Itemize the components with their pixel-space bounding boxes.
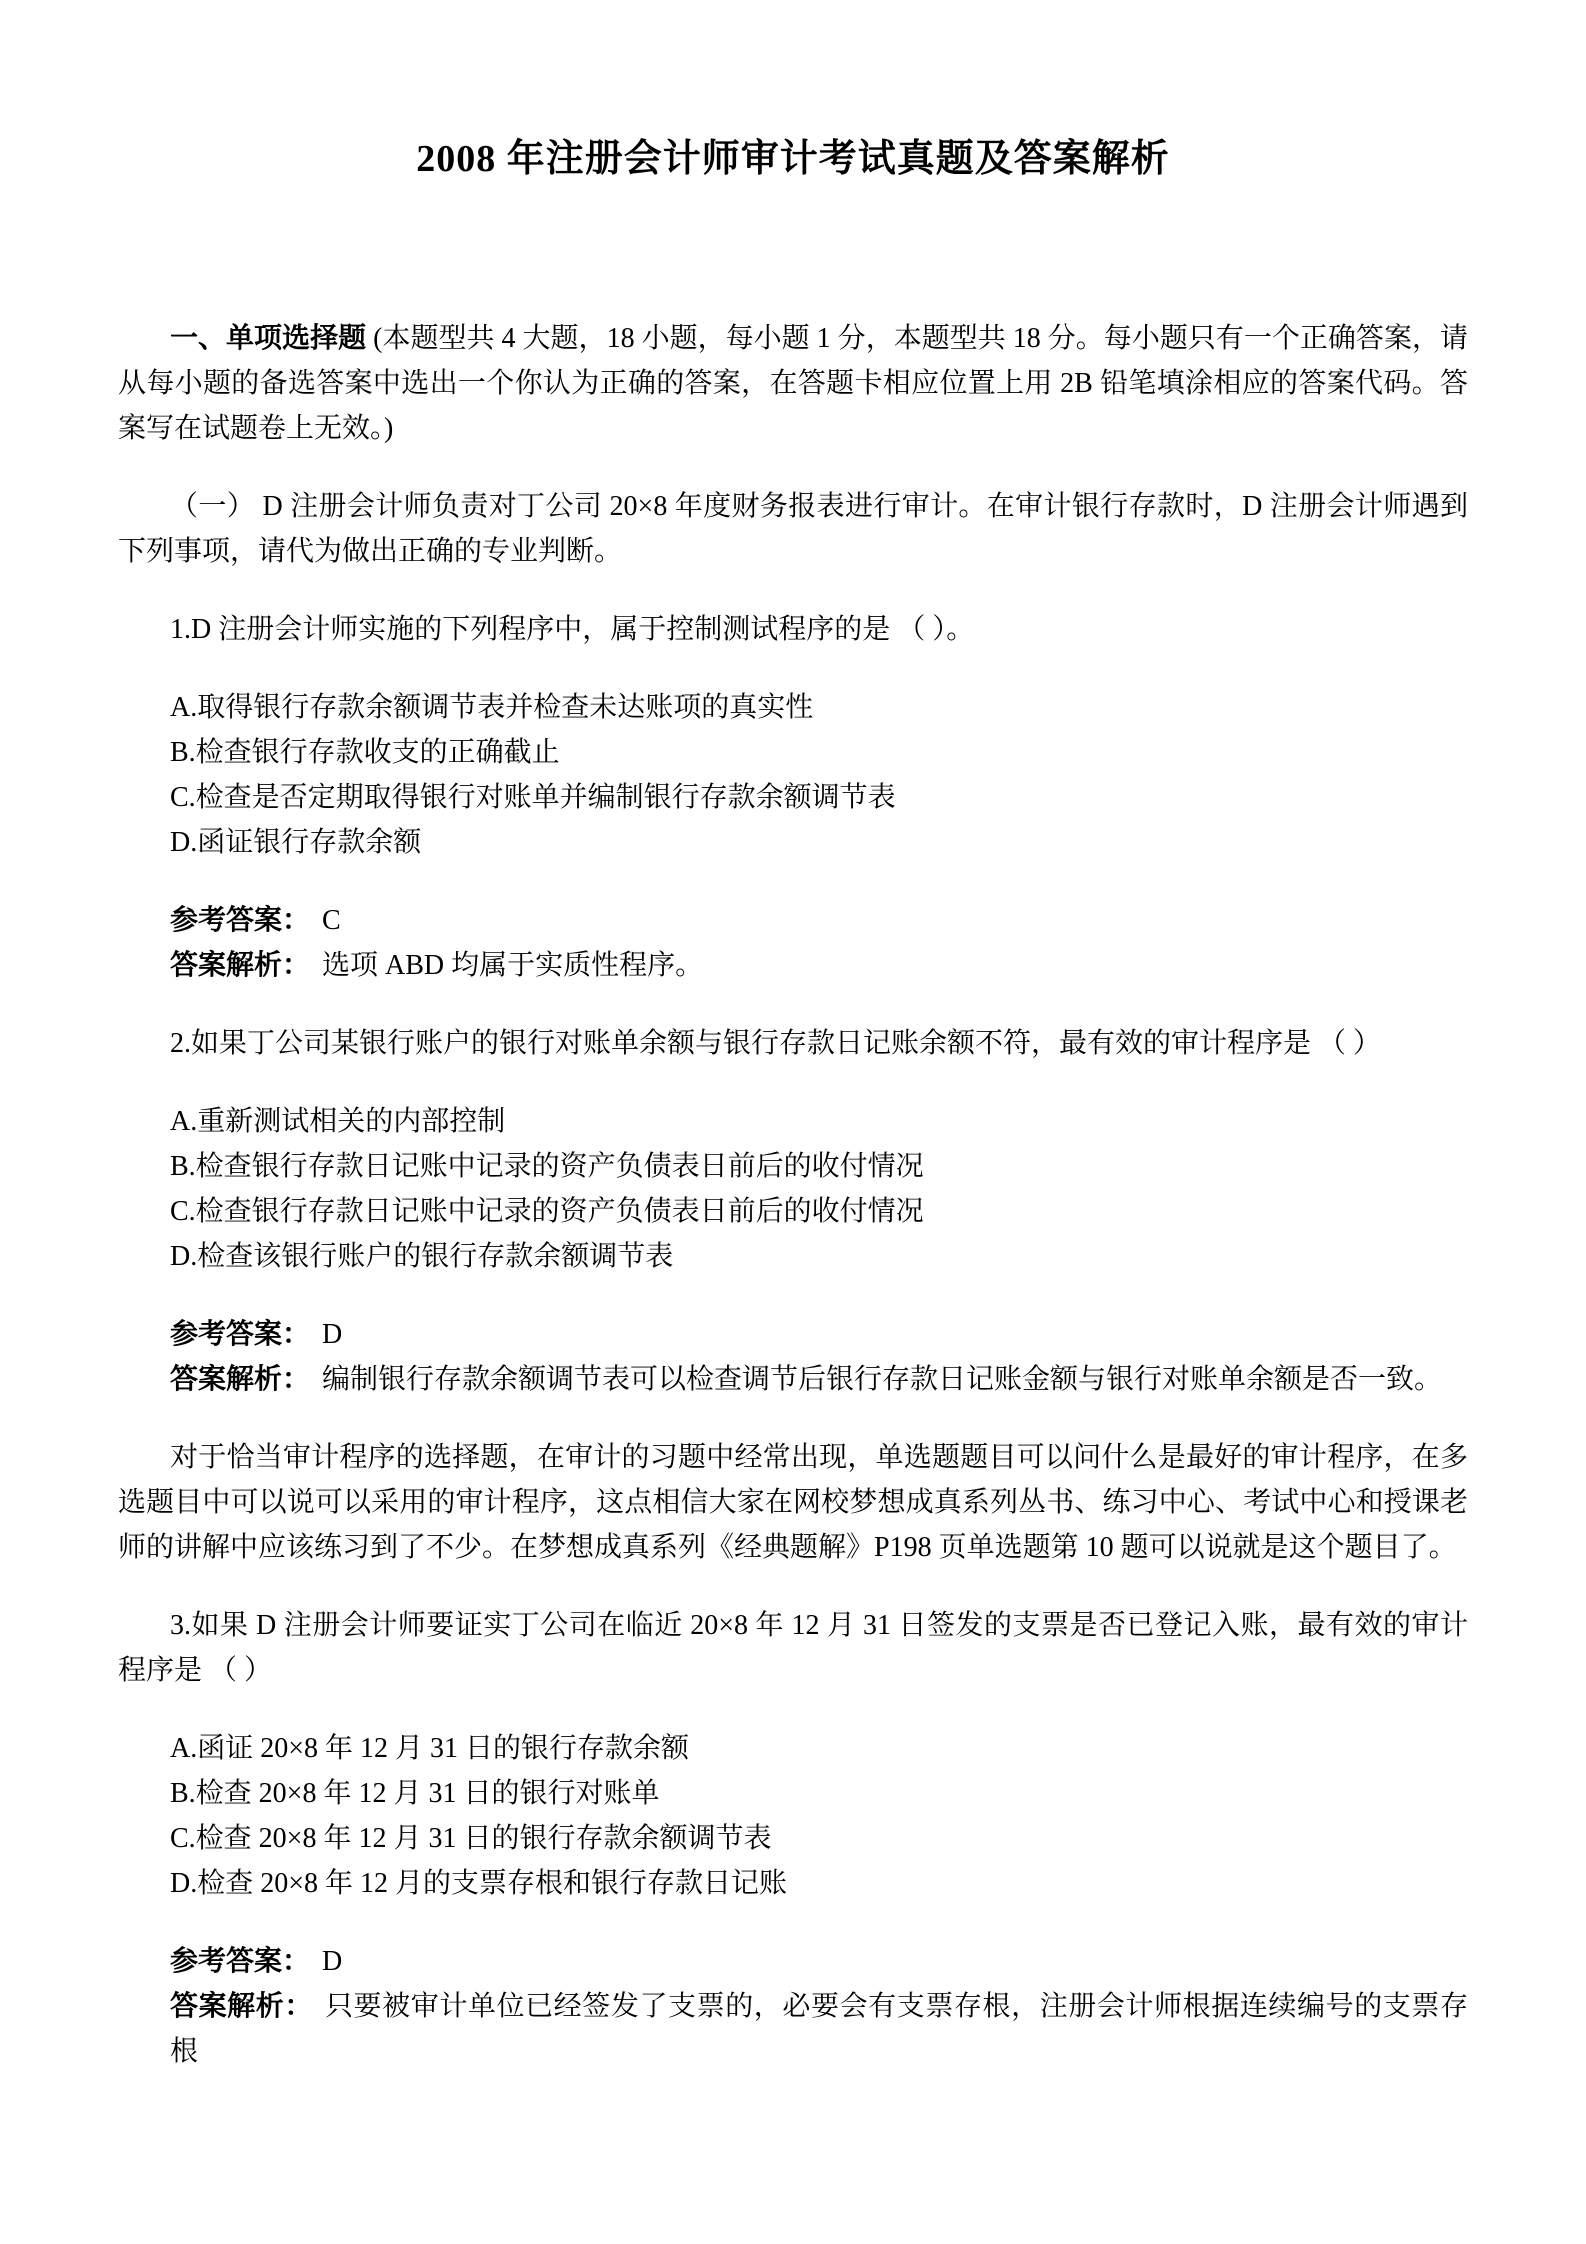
question-3-analysis: 答案解析：只要被审计单位已经签发了支票的，必要会有支票存根，注册会计师根据连续编… [118, 1984, 1468, 2074]
question-1-option-d: D.函证银行存款余额 [118, 820, 1468, 865]
document-page: 2008 年注册会计师审计考试真题及答案解析 一、单项选择题 (本题型共 4 大… [0, 0, 1586, 2244]
question-2-answer-block: 参考答案：D 答案解析：编制银行存款余额调节表可以检查调节后银行存款日记账金额与… [118, 1312, 1468, 1402]
document-body: 一、单项选择题 (本题型共 4 大题，18 小题，每小题 1 分，本题型共 18… [118, 316, 1468, 2074]
question-2-option-b: B.检查银行存款日记账中记录的资产负债表日前后的收付情况 [118, 1144, 1468, 1189]
question-2-options: A.重新测试相关的内部控制 B.检查银行存款日记账中记录的资产负债表日前后的收付… [118, 1099, 1468, 1279]
section-heading: 一、单项选择题 [170, 323, 366, 354]
question-1-option-c: C.检查是否定期取得银行对账单并编制银行存款余额调节表 [118, 775, 1468, 820]
page-title: 2008 年注册会计师审计考试真题及答案解析 [0, 0, 1586, 187]
analysis-label: 答案解析： [170, 1364, 310, 1395]
analysis-text: 选项 ABD 均属于实质性程序。 [322, 950, 703, 981]
question-3-option-c: C.检查 20×8 年 12 月 31 日的银行存款余额调节表 [118, 1816, 1468, 1861]
reference-answer-value: C [322, 905, 341, 936]
question-3-option-d: D.检查 20×8 年 12 月的支票存根和银行存款日记账 [118, 1861, 1468, 1906]
question-1-option-a: A.取得银行存款余额调节表并检查未达账项的真实性 [118, 685, 1468, 730]
analysis-text: 编制银行存款余额调节表可以检查调节后银行存款日记账金额与银行对账单余额是否一致。 [322, 1364, 1442, 1395]
analysis-text: 只要被审计单位已经签发了支票的，必要会有支票存根，注册会计师根据连续编号的支票存… [170, 1991, 1468, 2067]
section-intro-paragraph: 一、单项选择题 (本题型共 4 大题，18 小题，每小题 1 分，本题型共 18… [118, 316, 1468, 451]
question-3-stem: 3.如果 D 注册会计师要证实丁公司在临近 20×8 年 12 月 31 日签发… [118, 1603, 1468, 1693]
analysis-label: 答案解析： [170, 950, 310, 981]
question-1-answer-block: 参考答案：C 答案解析：选项 ABD 均属于实质性程序。 [118, 898, 1468, 988]
question-2-reference-answer: 参考答案：D [118, 1312, 1468, 1357]
question-1-option-b: B.检查银行存款收支的正确截止 [118, 730, 1468, 775]
question-3-option-b: B.检查 20×8 年 12 月 31 日的银行对账单 [118, 1771, 1468, 1816]
question-3-reference-answer: 参考答案：D [118, 1939, 1468, 1984]
question-1-analysis: 答案解析：选项 ABD 均属于实质性程序。 [118, 943, 1468, 988]
question-2-option-c: C.检查银行存款日记账中记录的资产负债表日前后的收付情况 [118, 1189, 1468, 1234]
question-3-answer-block: 参考答案：D 答案解析：只要被审计单位已经签发了支票的，必要会有支票存根，注册会… [118, 1939, 1468, 2074]
question-1-stem: 1.D 注册会计师实施的下列程序中，属于控制测试程序的是 （ ）。 [118, 607, 1468, 652]
reference-answer-value: D [322, 1946, 342, 1977]
question-3-option-a: A.函证 20×8 年 12 月 31 日的银行存款余额 [118, 1726, 1468, 1771]
question-2-option-d: D.检查该银行账户的银行存款余额调节表 [118, 1234, 1468, 1279]
reference-answer-label: 参考答案： [170, 905, 310, 936]
commentary-paragraph: 对于恰当审计程序的选择题，在审计的习题中经常出现，单选题题目可以问什么是最好的审… [118, 1435, 1468, 1570]
question-2-analysis: 答案解析：编制银行存款余额调节表可以检查调节后银行存款日记账金额与银行对账单余额… [118, 1357, 1468, 1402]
case-intro-paragraph: （一） D 注册会计师负责对丁公司 20×8 年度财务报表进行审计。在审计银行存… [118, 484, 1468, 574]
question-1-reference-answer: 参考答案：C [118, 898, 1468, 943]
question-3-options: A.函证 20×8 年 12 月 31 日的银行存款余额 B.检查 20×8 年… [118, 1726, 1468, 1906]
reference-answer-label: 参考答案： [170, 1319, 310, 1350]
question-1-options: A.取得银行存款余额调节表并检查未达账项的真实性 B.检查银行存款收支的正确截止… [118, 685, 1468, 865]
reference-answer-label: 参考答案： [170, 1946, 310, 1977]
question-2-stem: 2.如果丁公司某银行账户的银行对账单余额与银行存款日记账余额不符，最有效的审计程… [118, 1021, 1468, 1066]
reference-answer-value: D [322, 1319, 342, 1350]
analysis-label: 答案解析： [170, 1991, 313, 2022]
question-2-option-a: A.重新测试相关的内部控制 [118, 1099, 1468, 1144]
